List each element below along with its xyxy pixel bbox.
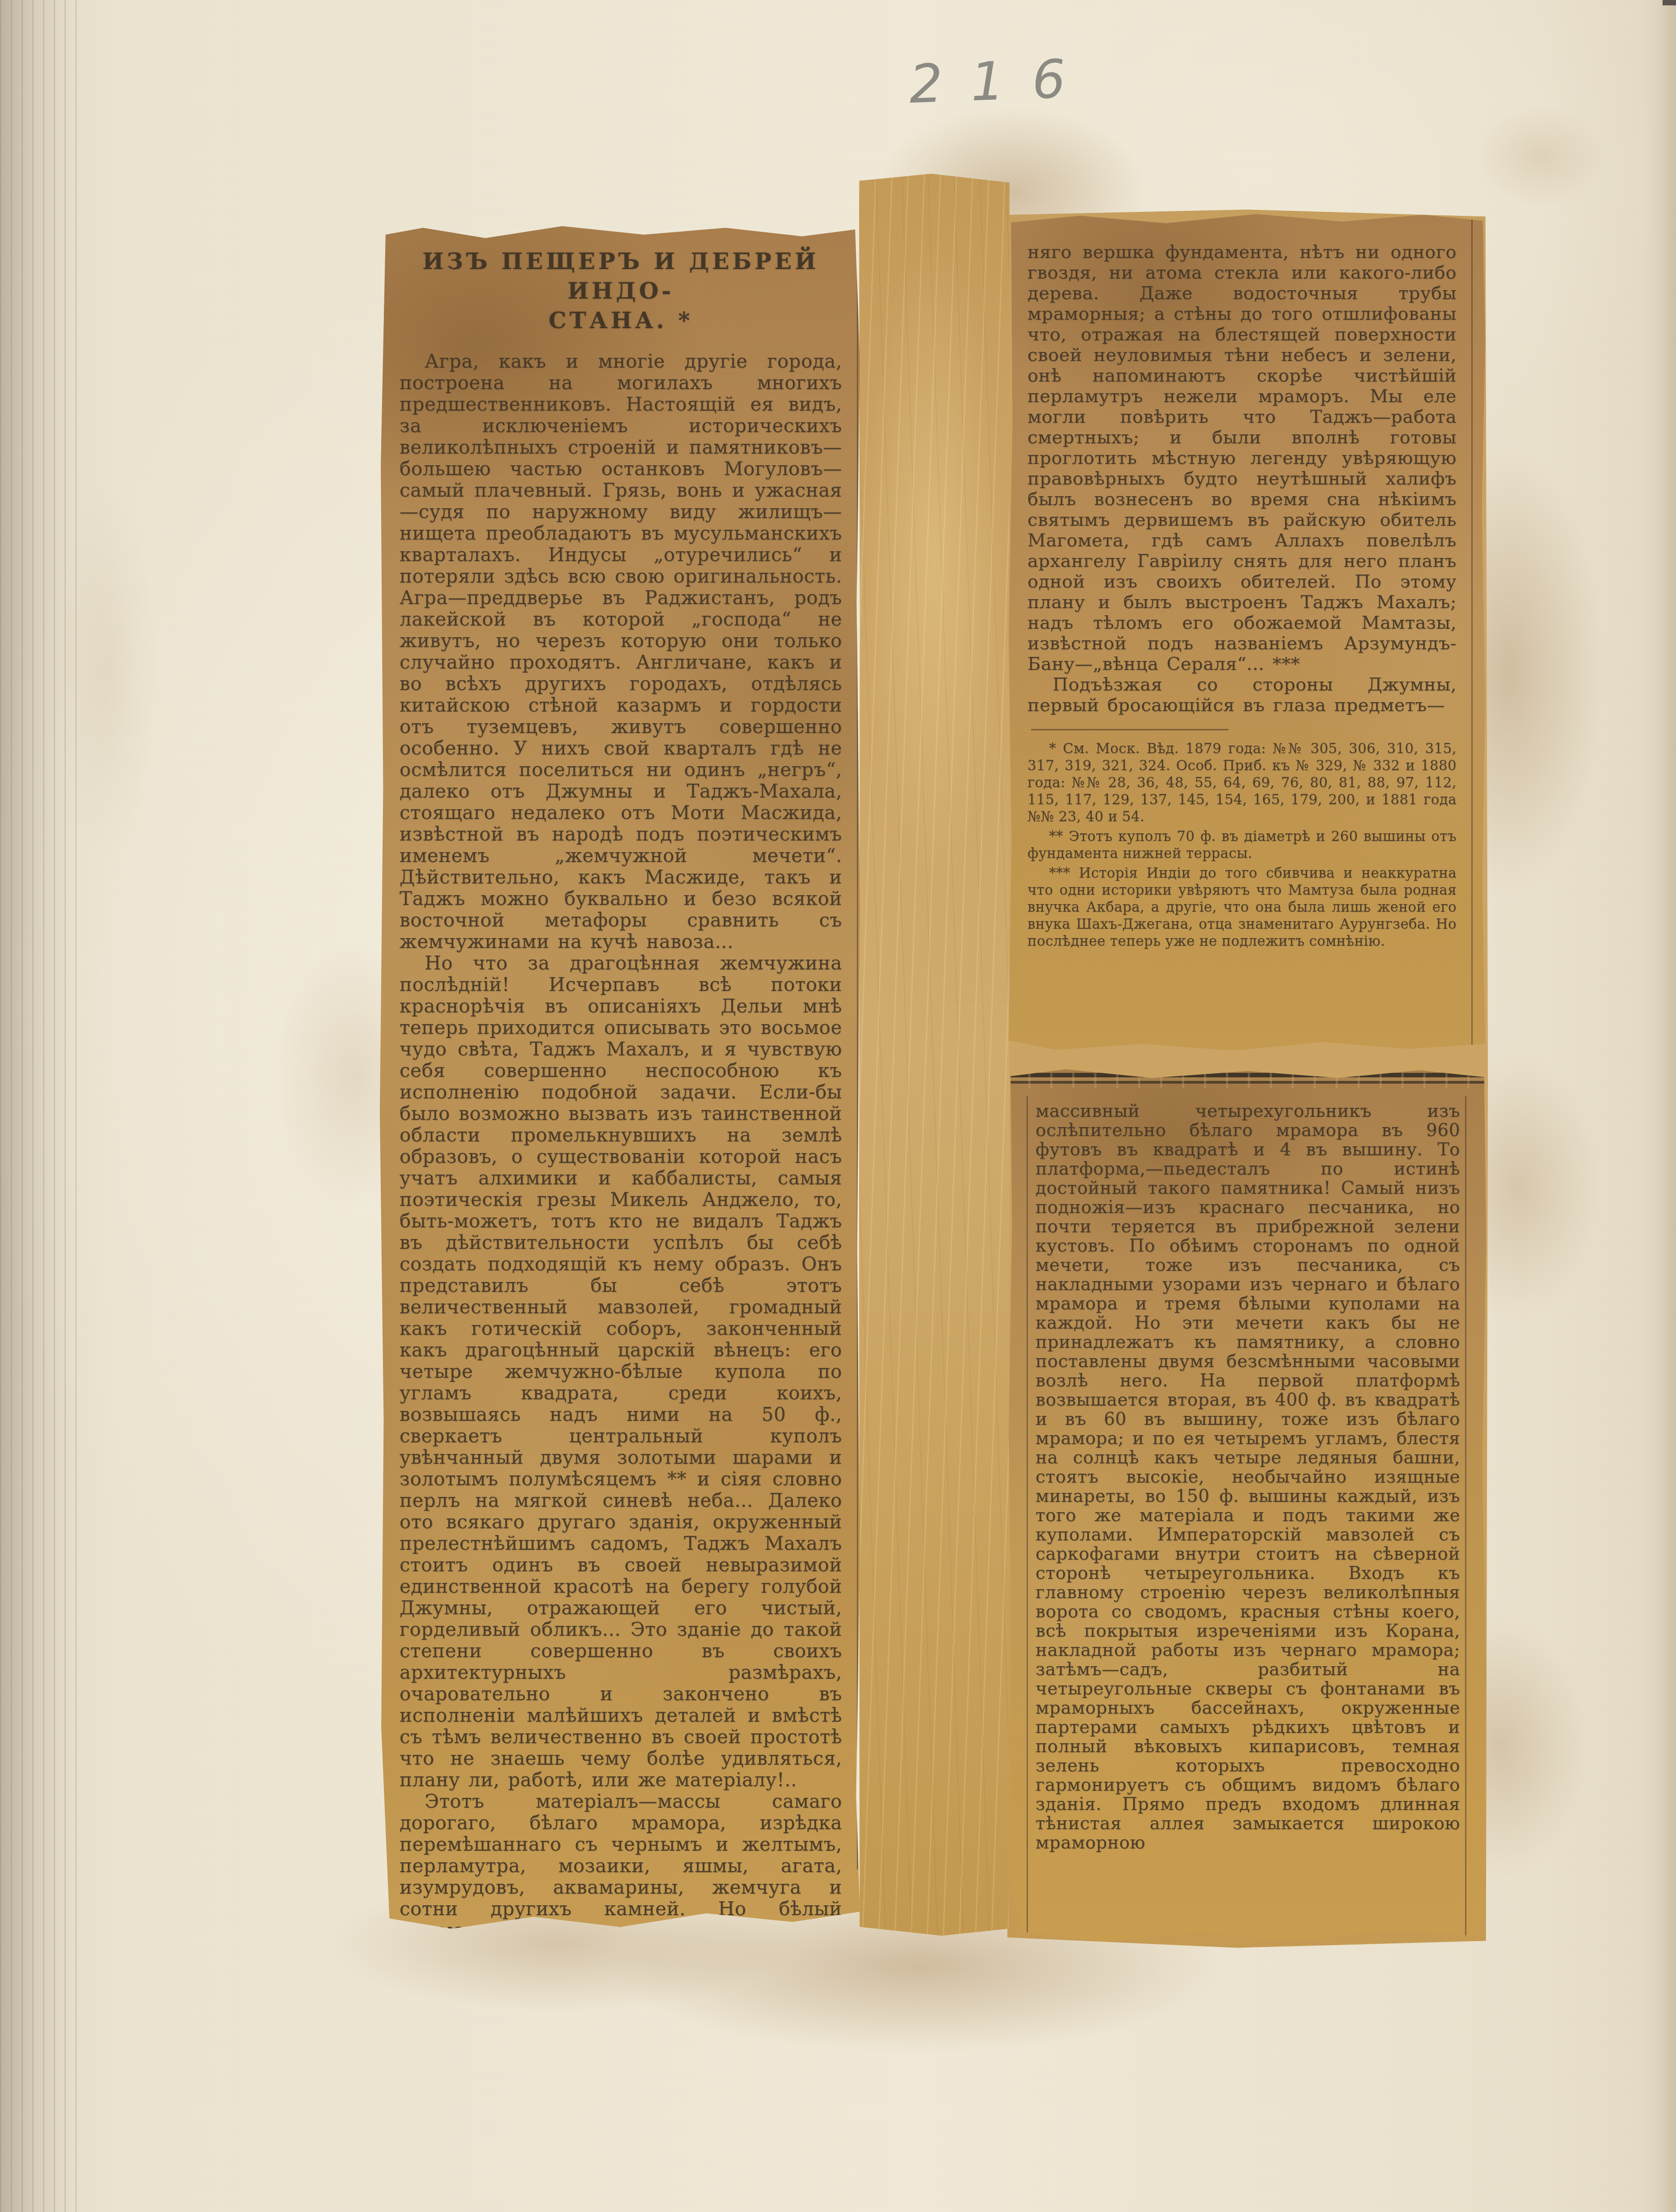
left-column-text-area: ИЗЪ ПЕЩЕРЪ И ДЕБРЕЙ ИНДО- СТАНА. * Агра,… <box>380 226 860 1963</box>
article-title-line-2: СТАНА. * <box>400 306 842 335</box>
article-paragraph: няго вершка фундамента, нѣтъ ни одного г… <box>1027 242 1457 674</box>
footnote: *** Исторія Индіи до того сбивчива и неа… <box>1027 865 1457 950</box>
article-paragraph: массивный четырехугольникъ изъ ослѣпител… <box>1036 1102 1460 1852</box>
article-title-line-1: ИЗЪ ПЕЩЕРЪ И ДЕБРЕЙ ИНДО- <box>400 247 842 306</box>
footnote-separator <box>1031 729 1229 730</box>
clipping-right-column: няго вершка фундамента, нѣтъ ни одного г… <box>1009 214 1485 1052</box>
article-paragraph: Агра, какъ и многіе другіе города, постр… <box>400 351 842 952</box>
clipping-lower-block: массивный четырехугольникъ изъ ослѣпител… <box>1009 1069 1486 1942</box>
article-title: ИЗЪ ПЕЩЕРЪ И ДЕБРЕЙ ИНДО- СТАНА. * <box>400 247 842 335</box>
clipping-left-column: ИЗЪ ПЕЩЕРЪ И ДЕБРЕЙ ИНДО- СТАНА. * Агра,… <box>380 226 860 1932</box>
clipping-torn-top-edge <box>1009 1073 1486 1088</box>
column-rule <box>1471 219 1473 1048</box>
lower-block-text-area: массивный четырехугольникъ изъ ослѣпител… <box>1009 1102 1486 1852</box>
column-rule <box>1465 1096 1466 1936</box>
page-number-handwritten: 216 <box>908 47 1095 115</box>
column-rule <box>857 257 858 1869</box>
clipping-center-fold <box>859 174 1010 1936</box>
column-rule <box>1027 1096 1028 1936</box>
article-paragraph: Но что за драгоцѣнная жемчужина послѣдні… <box>400 952 842 1791</box>
right-column-text-area: няго вершка фундамента, нѣтъ ни одного г… <box>1009 214 1485 950</box>
article-paragraph: Подъѣзжая со стороны Джумны, первый брос… <box>1027 674 1457 716</box>
footnote: * См. Моск. Вѣд. 1879 года: №№ 305, 306,… <box>1027 740 1457 825</box>
footnote: ** Этотъ куполъ 70 ф. въ діаметрѣ и 260 … <box>1027 828 1457 862</box>
